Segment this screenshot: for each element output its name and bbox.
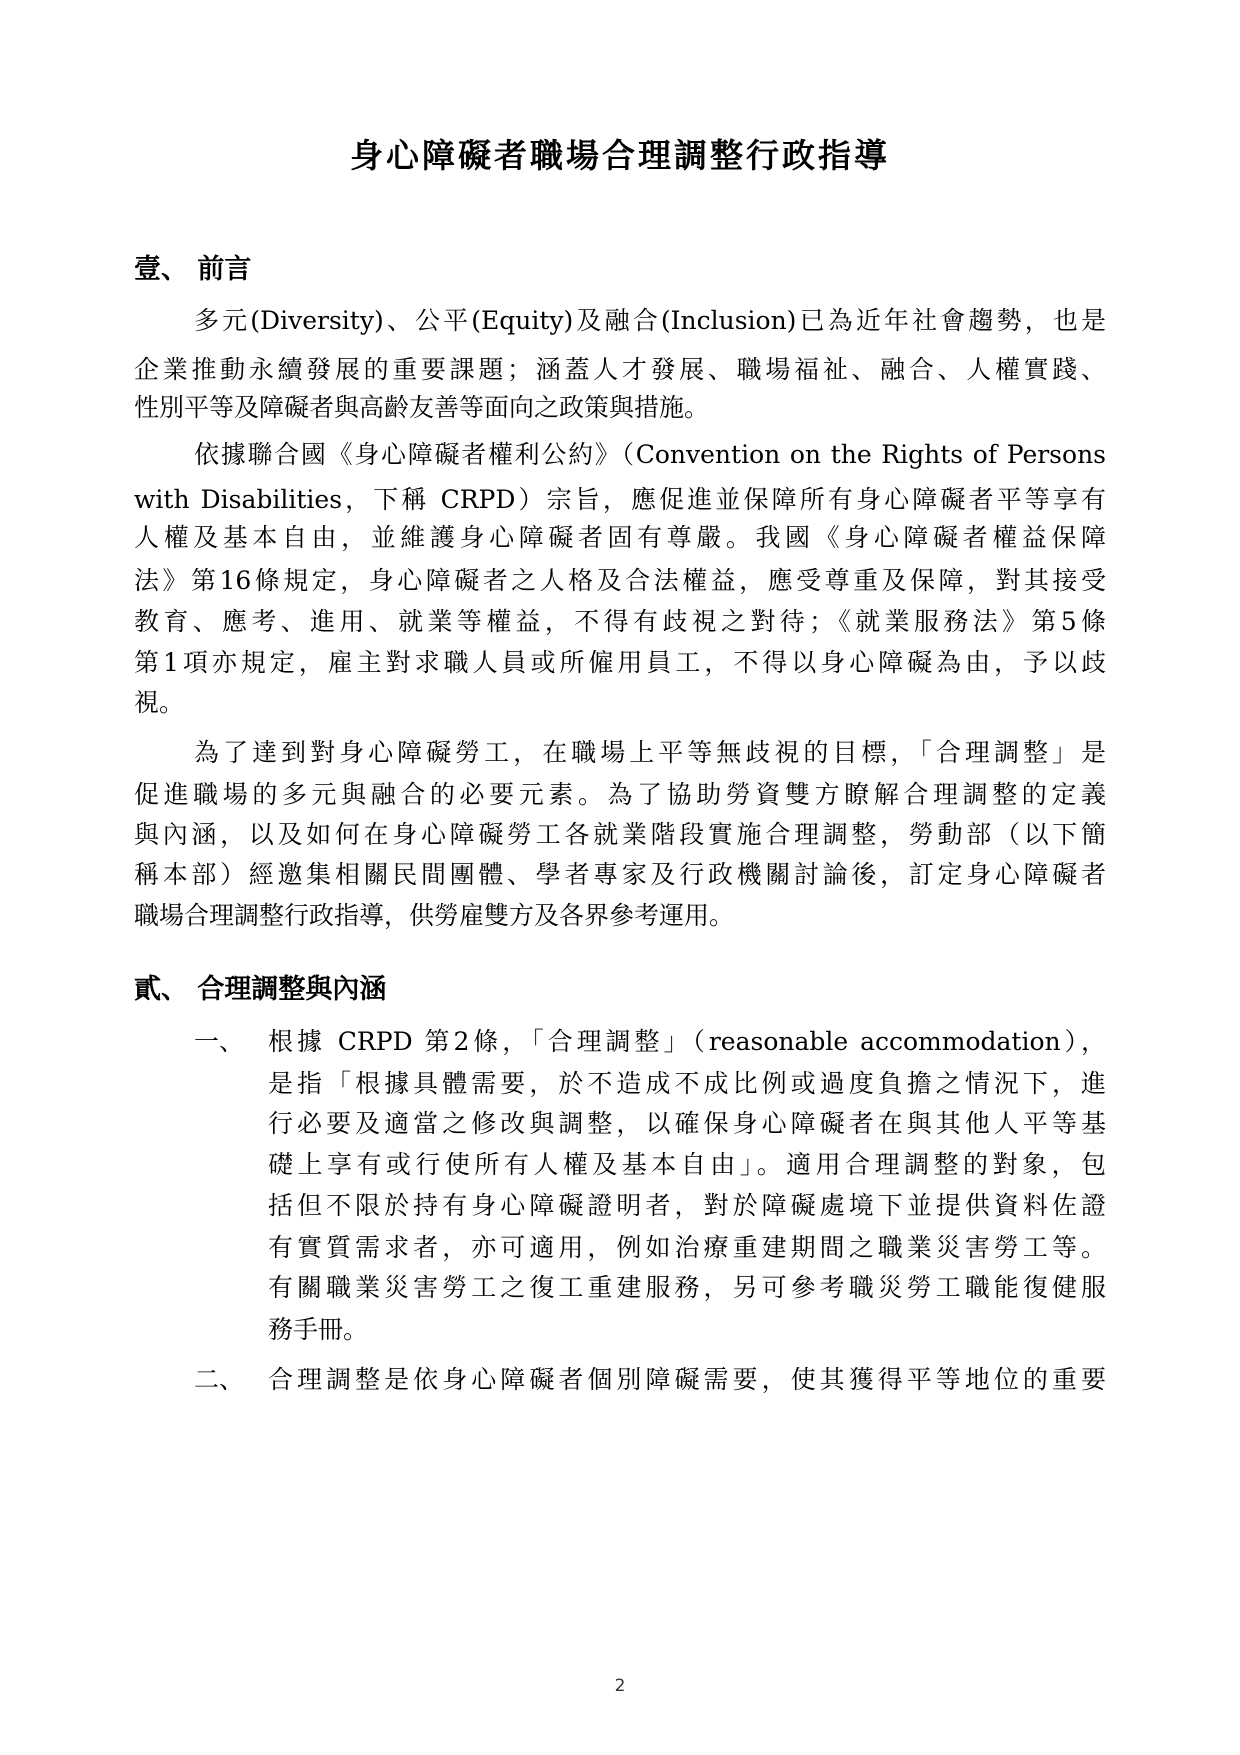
text-line: 稱本部）經邀集相關民間團體、學者專家及行政機關討論後，訂定身心障礙者 [134,857,1106,893]
list-marker: 二、 [194,1362,244,1398]
text-line: 是指「根據具體需要，於不造成不成比例或過度負擔之情況下，進 [268,1066,1106,1102]
list-marker: 一、 [194,1024,244,1060]
text-line: 促進職場的多元與融合的必要元素。為了協助勞資雙方瞭解合理調整的定義 [134,777,1106,813]
text-line: 務手冊。 [268,1312,1106,1348]
text-line: 有關職業災害勞工之復工重建服務，另可參考職災勞工職能復健服 [268,1270,1106,1306]
text-line: 礎上享有或行使所有人權及基本自由」。適用合理調整的對象，包 [268,1147,1106,1183]
text-line: 括但不限於持有身心障礙證明者，對於障礙處境下並提供資料佐證 [268,1188,1106,1224]
text-line: 行必要及適當之修改與調整，以確保身心障礙者在與其他人平等基 [268,1106,1106,1142]
text-line: 與內涵，以及如何在身心障礙勞工各就業階段實施合理調整，勞動部（以下簡 [134,817,1106,853]
text-line: 職場合理調整行政指導，供勞雇雙方及各界參考運用。 [134,898,1106,934]
page-number: 2 [0,1676,1240,1696]
document-page: 身心障礙者職場合理調整行政指導 壹、 前言 多元(Diversity)、公平(E… [0,0,1240,1755]
text-line: with Disabilities，下稱 CRPD）宗旨，應促進並保障所有身心障… [134,482,1106,518]
text-line: 教育、應考、進用、就業等權益，不得有歧視之對待；《就業服務法》第5條 [134,604,1106,640]
document-title: 身心障礙者職場合理調整行政指導 [0,134,1240,178]
text-line: 性別平等及障礙者與高齡友善等面向之政策與措施。 [134,390,1106,426]
text-line: 多元(Diversity)、公平(Equity)及融合(Inclusion)已為… [194,303,1106,339]
text-line: 有實質需求者，亦可適用，例如治療重建期間之職業災害勞工等。 [268,1230,1106,1266]
text-line: 依據聯合國《身心障礙者權利公約》（Convention on the Right… [194,437,1106,473]
text-line: 人權及基本自由，並維護身心障礙者固有尊嚴。我國《身心障礙者權益保障 [134,520,1106,556]
text-line: 為了達到對身心障礙勞工，在職場上平等無歧視的目標，「合理調整」是 [194,735,1106,771]
text-line: 合理調整是依身心障礙者個別障礙需要，使其獲得平等地位的重要 [268,1362,1106,1398]
text-line: 法》第16條規定，身心障礙者之人格及合法權益，應受尊重及保障，對其接受 [134,563,1106,599]
text-line: 第1項亦規定，雇主對求職人員或所僱用員工，不得以身心障礙為由，予以歧 [134,645,1106,681]
section-heading-reasonable-accommodation: 貳、 合理調整與內涵 [134,970,386,1010]
text-line: 視。 [134,685,1106,721]
section-heading-preface: 壹、 前言 [134,250,251,290]
text-line: 根據 CRPD 第2條，「合理調整」（reasonable accommodat… [268,1024,1106,1060]
text-line: 企業推動永續發展的重要課題；涵蓋人才發展、職場福祉、融合、人權實踐、 [134,352,1106,388]
